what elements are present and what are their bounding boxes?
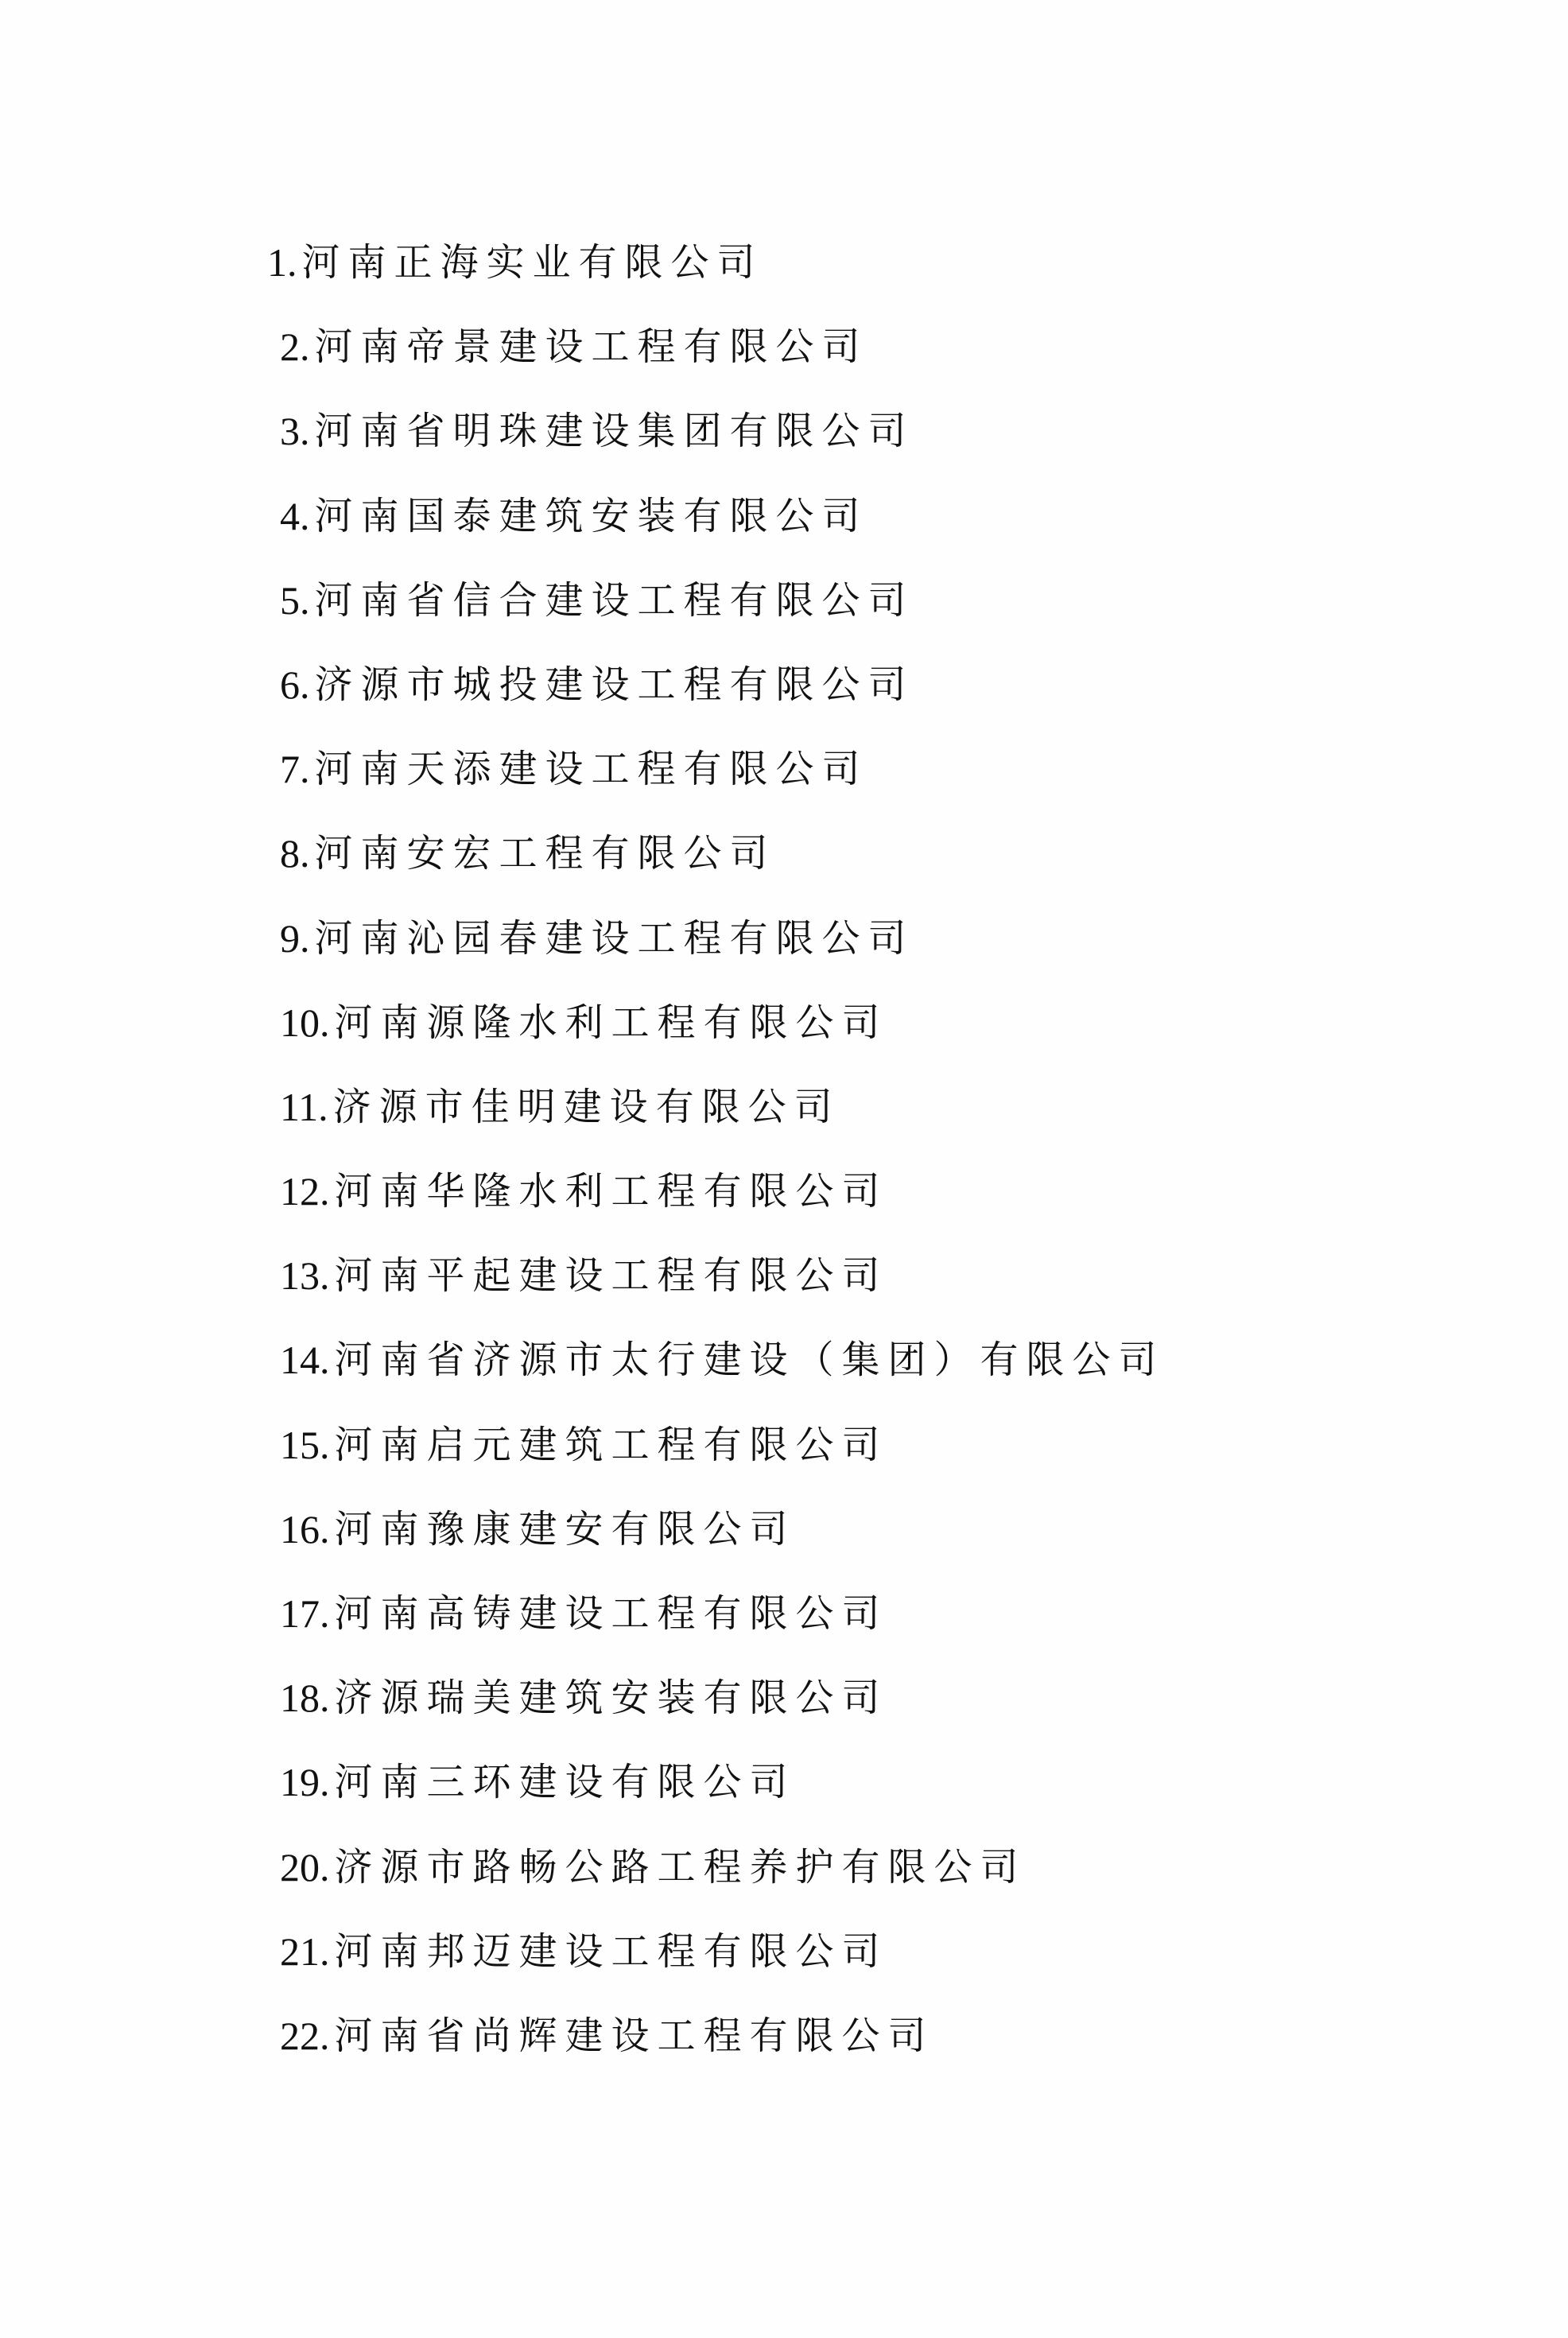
list-item: 17. 河南高铸建设工程有限公司 bbox=[0, 1586, 1165, 1670]
list-item: 4. 河南国泰建筑安装有限公司 bbox=[0, 488, 1165, 573]
item-number: 12. bbox=[280, 1163, 330, 1219]
company-name: 河南高铸建设工程有限公司 bbox=[335, 1586, 888, 1641]
list-item: 7. 河南天添建设工程有限公司 bbox=[0, 741, 1165, 825]
item-number: 6. bbox=[280, 657, 310, 713]
company-name: 河南豫康建安有限公司 bbox=[335, 1501, 796, 1557]
list-item: 12. 河南华隆水利工程有限公司 bbox=[0, 1163, 1165, 1248]
company-name: 济源市城投建设工程有限公司 bbox=[315, 657, 914, 713]
list-item: 18. 济源瑞美建筑安装有限公司 bbox=[0, 1670, 1165, 1754]
company-name: 河南省信合建设工程有限公司 bbox=[315, 573, 914, 628]
list-item: 21. 河南邦迈建设工程有限公司 bbox=[0, 1924, 1165, 2008]
item-number: 18. bbox=[280, 1670, 330, 1726]
company-name: 济源市佳明建设有限公司 bbox=[333, 1079, 840, 1135]
company-name: 河南启元建筑工程有限公司 bbox=[335, 1417, 888, 1473]
item-number: 22. bbox=[280, 2008, 330, 2064]
list-item: 2. 河南帝景建设工程有限公司 bbox=[0, 319, 1165, 403]
item-number: 1. bbox=[267, 235, 297, 290]
list-item: 20. 济源市路畅公路工程养护有限公司 bbox=[0, 1839, 1165, 1924]
list-item: 22. 河南省尚辉建设工程有限公司 bbox=[0, 2008, 1165, 2092]
company-name: 河南平起建设工程有限公司 bbox=[335, 1248, 888, 1303]
company-name: 河南省尚辉建设工程有限公司 bbox=[335, 2008, 934, 2064]
list-item: 9. 河南沁园春建设工程有限公司 bbox=[0, 911, 1165, 995]
company-name: 河南华隆水利工程有限公司 bbox=[335, 1163, 888, 1219]
company-name: 河南国泰建筑安装有限公司 bbox=[315, 488, 868, 544]
company-name: 河南安宏工程有限公司 bbox=[315, 825, 776, 881]
item-number: 8. bbox=[280, 825, 310, 881]
list-item: 8. 河南安宏工程有限公司 bbox=[0, 825, 1165, 910]
item-number: 14. bbox=[280, 1332, 330, 1388]
company-name: 河南正海实业有限公司 bbox=[302, 235, 763, 290]
list-item: 6. 济源市城投建设工程有限公司 bbox=[0, 657, 1165, 741]
item-number: 2. bbox=[280, 319, 310, 375]
list-item: 3. 河南省明珠建设集团有限公司 bbox=[0, 403, 1165, 487]
item-number: 5. bbox=[280, 573, 310, 628]
list-item: 14. 河南省济源市太行建设（集团）有限公司 bbox=[0, 1332, 1165, 1416]
item-number: 4. bbox=[280, 488, 310, 544]
list-item: 15. 河南启元建筑工程有限公司 bbox=[0, 1417, 1165, 1501]
item-number: 16. bbox=[280, 1501, 330, 1557]
item-number: 21. bbox=[280, 1924, 330, 1979]
company-name: 河南帝景建设工程有限公司 bbox=[315, 319, 868, 375]
item-number: 3. bbox=[280, 403, 310, 459]
company-name: 河南天添建设工程有限公司 bbox=[315, 741, 868, 797]
list-item: 11. 济源市佳明建设有限公司 bbox=[0, 1079, 1165, 1163]
list-item: 1. 河南正海实业有限公司 bbox=[0, 235, 1165, 319]
company-name: 济源瑞美建筑安装有限公司 bbox=[335, 1670, 888, 1726]
scanned-document-page: 1. 河南正海实业有限公司 2. 河南帝景建设工程有限公司 3. 河南省明珠建设… bbox=[0, 0, 1568, 2338]
item-number: 13. bbox=[280, 1248, 330, 1303]
item-number: 15. bbox=[280, 1417, 330, 1473]
list-item: 19. 河南三环建设有限公司 bbox=[0, 1754, 1165, 1839]
company-name: 河南源隆水利工程有限公司 bbox=[335, 995, 888, 1051]
item-number: 11. bbox=[280, 1079, 328, 1135]
list-item: 5. 河南省信合建设工程有限公司 bbox=[0, 573, 1165, 657]
list-item: 13. 河南平起建设工程有限公司 bbox=[0, 1248, 1165, 1332]
item-number: 9. bbox=[280, 911, 310, 966]
company-list: 1. 河南正海实业有限公司 2. 河南帝景建设工程有限公司 3. 河南省明珠建设… bbox=[0, 235, 1165, 2092]
company-name: 河南省明珠建设集团有限公司 bbox=[315, 403, 914, 459]
item-number: 19. bbox=[280, 1754, 330, 1810]
company-name: 济源市路畅公路工程养护有限公司 bbox=[335, 1839, 1027, 1895]
list-item: 16. 河南豫康建安有限公司 bbox=[0, 1501, 1165, 1586]
item-number: 7. bbox=[280, 741, 310, 797]
item-number: 10. bbox=[280, 995, 330, 1051]
company-name: 河南邦迈建设工程有限公司 bbox=[335, 1924, 888, 1979]
item-number: 17. bbox=[280, 1586, 330, 1641]
company-name: 河南三环建设有限公司 bbox=[335, 1754, 796, 1810]
company-name: 河南省济源市太行建设（集团）有限公司 bbox=[335, 1332, 1165, 1388]
company-name: 河南沁园春建设工程有限公司 bbox=[315, 911, 914, 966]
item-number: 20. bbox=[280, 1839, 330, 1895]
list-item: 10. 河南源隆水利工程有限公司 bbox=[0, 995, 1165, 1079]
